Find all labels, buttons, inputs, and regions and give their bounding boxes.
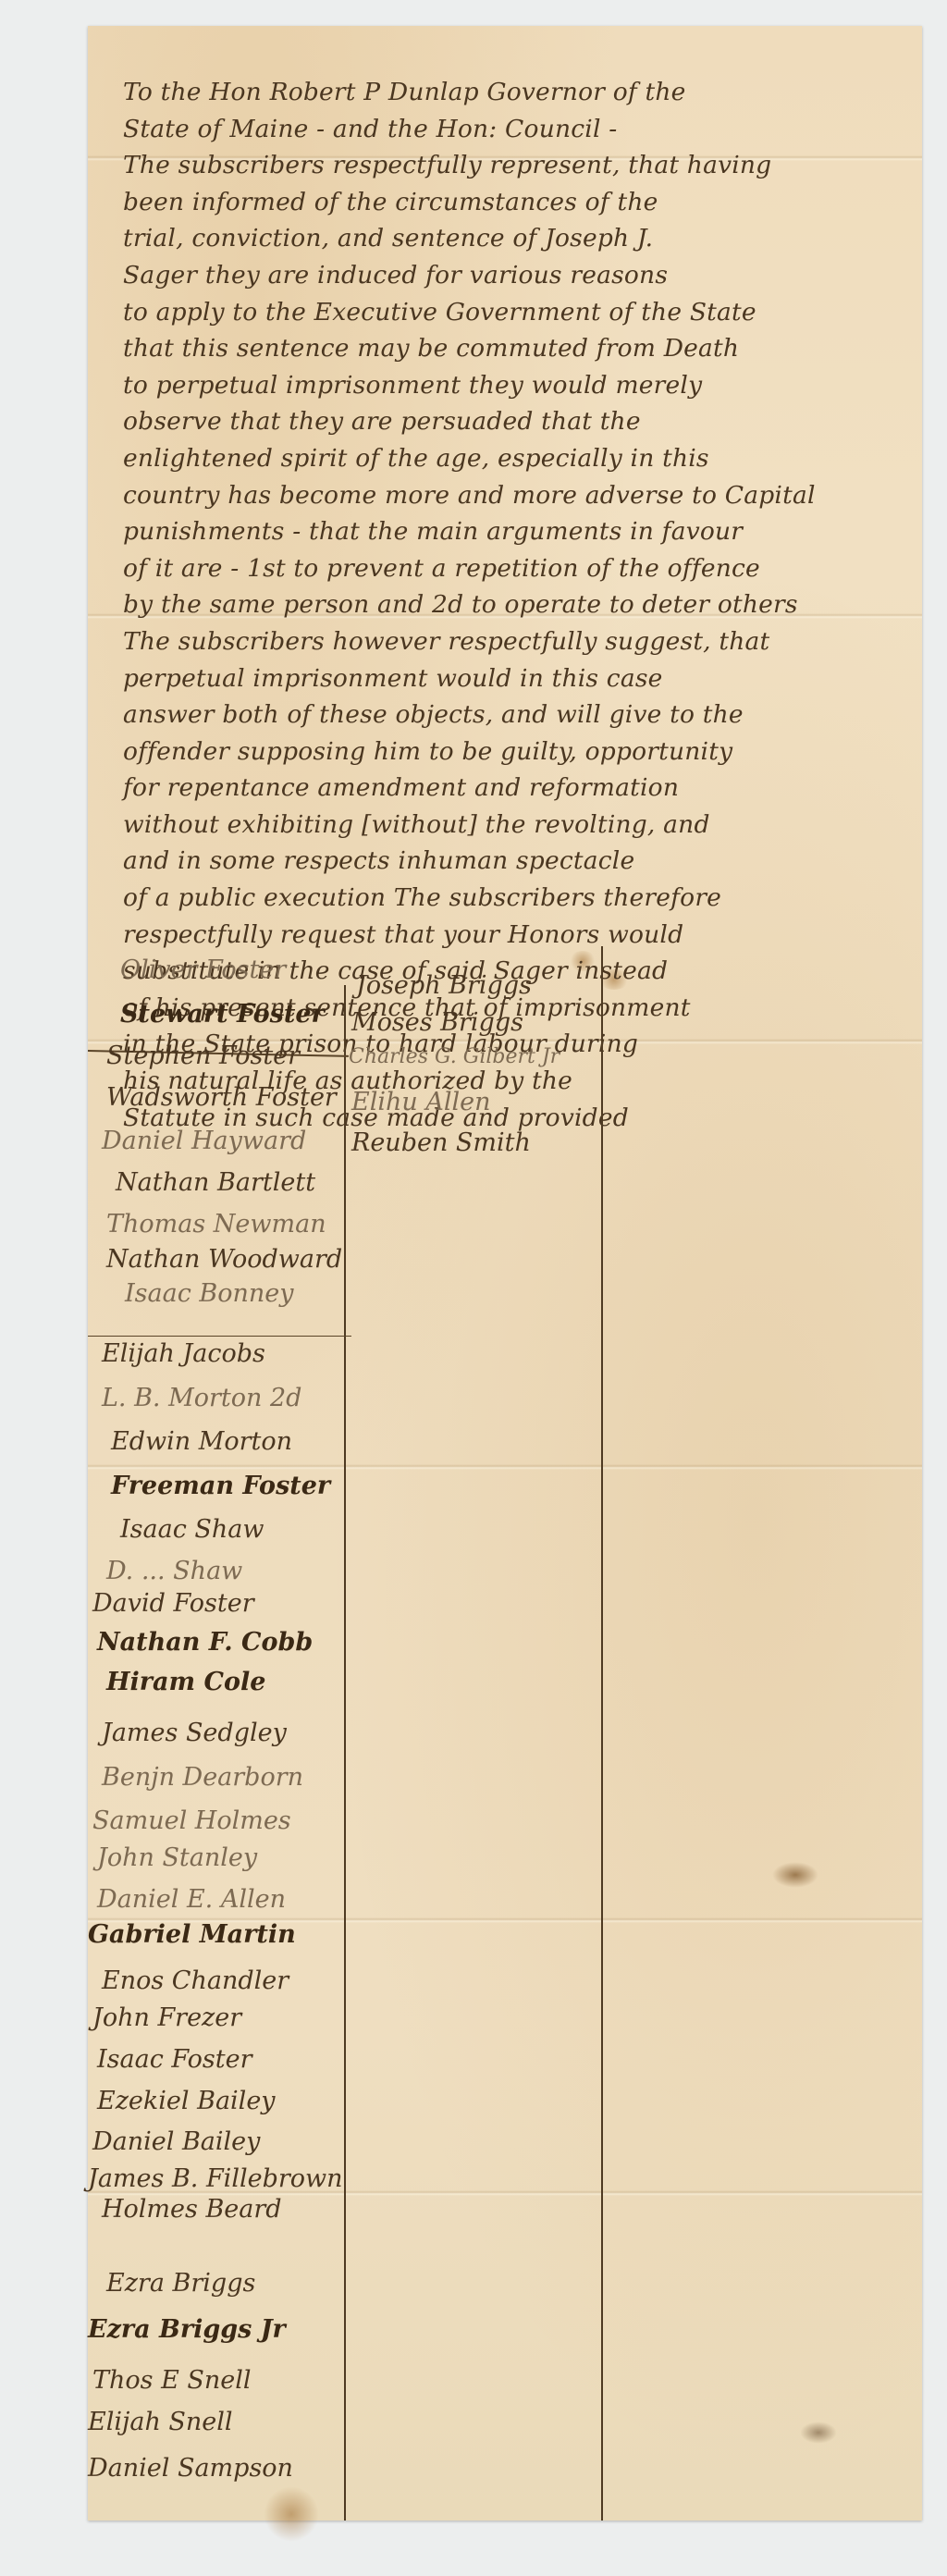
body-line: to perpetual imprisonment they would mer… xyxy=(123,367,909,404)
signature: John Stanley xyxy=(97,1843,257,1872)
signature: James B. Fillebrown xyxy=(88,2164,343,2193)
signature: Gabriel Martin xyxy=(88,1920,296,1949)
body-line: by the same person and 2d to operate to … xyxy=(123,586,909,623)
signature: Oliver Foster xyxy=(120,955,286,984)
stain xyxy=(800,2422,837,2444)
signature: Ezekiel Bailey xyxy=(97,2087,276,2115)
body-line: punishments - that the main arguments in… xyxy=(123,513,909,550)
signature: John Frezer xyxy=(92,2003,241,2032)
body-line: enlightened spirit of the age, especiall… xyxy=(123,440,909,477)
body-line: perpetual imprisonment would in this cas… xyxy=(123,660,909,697)
signature: Ezra Briggs Jr xyxy=(88,2315,286,2344)
body-line: been informed of the circumstances of th… xyxy=(123,184,909,221)
signature: Nathan F. Cobb xyxy=(97,1628,313,1657)
body-line: observe that they are persuaded that the xyxy=(123,403,909,440)
stain xyxy=(772,1862,818,1888)
horizontal-rule xyxy=(88,1336,351,1337)
signature: Isaac Bonney xyxy=(125,1279,294,1308)
signature: Joseph Briggs xyxy=(356,971,532,1000)
signature: Reuben Smith xyxy=(351,1128,531,1157)
signature: Thos E Snell xyxy=(92,2366,252,2395)
signature: Elijah Snell xyxy=(88,2408,233,2436)
column-divider-right xyxy=(601,946,603,2521)
stain xyxy=(264,2486,319,2542)
signature: Nathan Bartlett xyxy=(116,1168,315,1197)
signature: L. B. Morton 2d xyxy=(102,1384,301,1412)
body-line: The subscribers however respectfully sug… xyxy=(123,623,909,660)
signature: D. ... Shaw xyxy=(106,1557,242,1585)
body-line: for repentance amendment and reformation xyxy=(123,770,909,807)
body-line: country has become more and more adverse… xyxy=(123,477,909,514)
signature: Hiram Cole xyxy=(106,1668,265,1696)
signature: Stephen Foster xyxy=(106,1041,300,1070)
body-line: of it are - 1st to prevent a repetition … xyxy=(123,550,909,587)
signature: Elijah Jacobs xyxy=(102,1339,265,1368)
body-line: offender supposing him to be guilty, opp… xyxy=(123,733,909,770)
signature: Charles G. Gilbert Jr xyxy=(349,1045,560,1068)
body-line: that this sentence may be commuted from … xyxy=(123,330,909,367)
signature: David Foster xyxy=(92,1589,254,1618)
signature: Edwin Morton xyxy=(111,1427,292,1456)
signature: Freeman Foster xyxy=(111,1472,330,1500)
signature: Ezra Briggs xyxy=(106,2269,255,2298)
signature: Daniel Sampson xyxy=(88,2454,293,2483)
addressee-line: State of Maine - and the Hon: Council - xyxy=(123,111,909,148)
petition-document: To the Hon Robert P Dunlap Governor of t… xyxy=(88,26,922,2521)
signature: James Sedgley xyxy=(102,1719,287,1747)
body-line: answer both of these objects, and will g… xyxy=(123,696,909,733)
signature: Thomas Newman xyxy=(106,1210,326,1239)
signature: Daniel E. Allen xyxy=(97,1885,286,1914)
signature: Daniel Bailey xyxy=(92,2127,260,2156)
body-line: respectfully request that your Honors wo… xyxy=(123,917,909,954)
signature: Benjn Dearborn xyxy=(102,1763,303,1792)
signature: Samuel Holmes xyxy=(92,1806,291,1835)
body-line: Sager they are induced for various reaso… xyxy=(123,257,909,294)
signature: Nathan Woodward xyxy=(106,1245,342,1274)
signature: Daniel Hayward xyxy=(102,1127,306,1155)
body-line: trial, conviction, and sentence of Josep… xyxy=(123,220,909,257)
column-divider-left xyxy=(344,985,346,2521)
signature: Holmes Beard xyxy=(102,2195,282,2224)
signature: Isaac Foster xyxy=(97,2045,252,2074)
signature: Isaac Shaw xyxy=(120,1515,264,1544)
body-line: The subscribers respectfully represent, … xyxy=(123,147,909,184)
signature: Wadsworth Foster xyxy=(106,1083,337,1112)
body-line: to apply to the Executive Government of … xyxy=(123,294,909,331)
signature: Moses Briggs xyxy=(351,1008,523,1037)
fold-crease xyxy=(88,1464,922,1470)
body-line: without exhibiting [without] the revolti… xyxy=(123,807,909,844)
signature: Stewart Foster xyxy=(120,1000,325,1029)
signature: Elihu Allen xyxy=(351,1088,490,1116)
body-line: and in some respects inhuman spectacle xyxy=(123,843,909,880)
addressee-line: To the Hon Robert P Dunlap Governor of t… xyxy=(123,74,909,111)
body-line: of a public execution The subscribers th… xyxy=(123,880,909,917)
signature: Enos Chandler xyxy=(102,1966,289,1995)
